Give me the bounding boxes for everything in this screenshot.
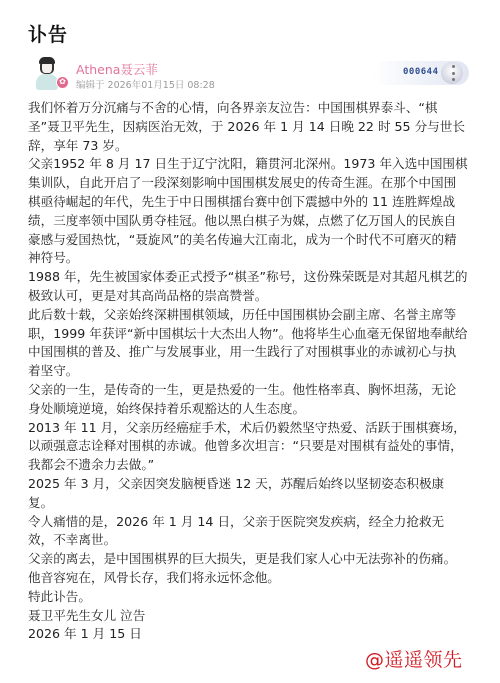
dot: [452, 78, 455, 81]
avatar-hair: [39, 57, 55, 64]
paragraph-2025: 2025 年 3 月，父亲因突发脑梗昏迷 12 天，苏醒后始终以坚韧姿态积极康复…: [28, 475, 468, 513]
more-vertical-icon[interactable]: [448, 63, 458, 83]
edit-timestamp: 编辑于 2026年01月15日 08:28: [76, 77, 215, 91]
watermark: @遥遥领先: [365, 645, 463, 672]
author-row: ✿ Athena聂云菲 编辑于 2026年01月15日 08:28 000644: [28, 57, 472, 93]
paragraph-notice: 特此讣告。: [28, 588, 468, 607]
paragraph-opening: 我们怀着万分沉痛与不舍的心情，向各界亲友泣告：中国围棋界泰斗、“棋圣”聂卫平先生…: [28, 99, 468, 155]
paragraph-character: 父亲的一生，是传奇的一生，更是热爱的一生。他性格率真、胸怀坦荡，无论身处顺境逆境…: [28, 381, 468, 419]
flower-badge-icon: ✿: [56, 76, 69, 89]
signature: 聂卫平先生女儿 泣告: [28, 607, 468, 626]
paragraph-remembrance: 父亲的离去，是中国围棋界的巨大损失，更是我们家人心中无法弥补的伤痛。他音容宛在，…: [28, 550, 468, 588]
author-name[interactable]: Athena聂云菲: [76, 60, 158, 78]
avatar-body: [36, 74, 58, 90]
paragraph-biography: 父亲1952 年 8 月 17 日生于辽宁沈阳，籍贯河北深州。1973 年入选中…: [28, 155, 468, 268]
paragraph-career: 此后数十载，父亲始终深耕围棋领域，历任中国围棋协会副主席、名誉主席等职，1999…: [28, 306, 468, 381]
dot: [452, 72, 455, 75]
signature-date: 2026 年 1 月 15 日: [28, 625, 468, 644]
article-body: 我们怀着万分沉痛与不舍的心情，向各界亲友泣告：中国围棋界泰斗、“棋圣”聂卫平先生…: [28, 99, 468, 644]
paragraph-2013: 2013 年 11 月，父亲历经癌症手术，术后仍毅然坚守热爱、活跃于围棋赛场，以…: [28, 419, 468, 475]
page-title: 讣告: [28, 20, 68, 47]
paragraph-passing: 令人痛惜的是，2026 年 1 月 14 日，父亲于医院突发疾病，经全力抢救无效…: [28, 513, 468, 551]
paragraph-honor: 1988 年，先生被国家体委正式授予“棋圣”称号，这份殊荣既是对其超凡棋艺的极致…: [28, 268, 468, 306]
avatar[interactable]: ✿: [34, 57, 66, 91]
fan-number: 000644: [403, 67, 439, 77]
dot: [452, 65, 455, 68]
